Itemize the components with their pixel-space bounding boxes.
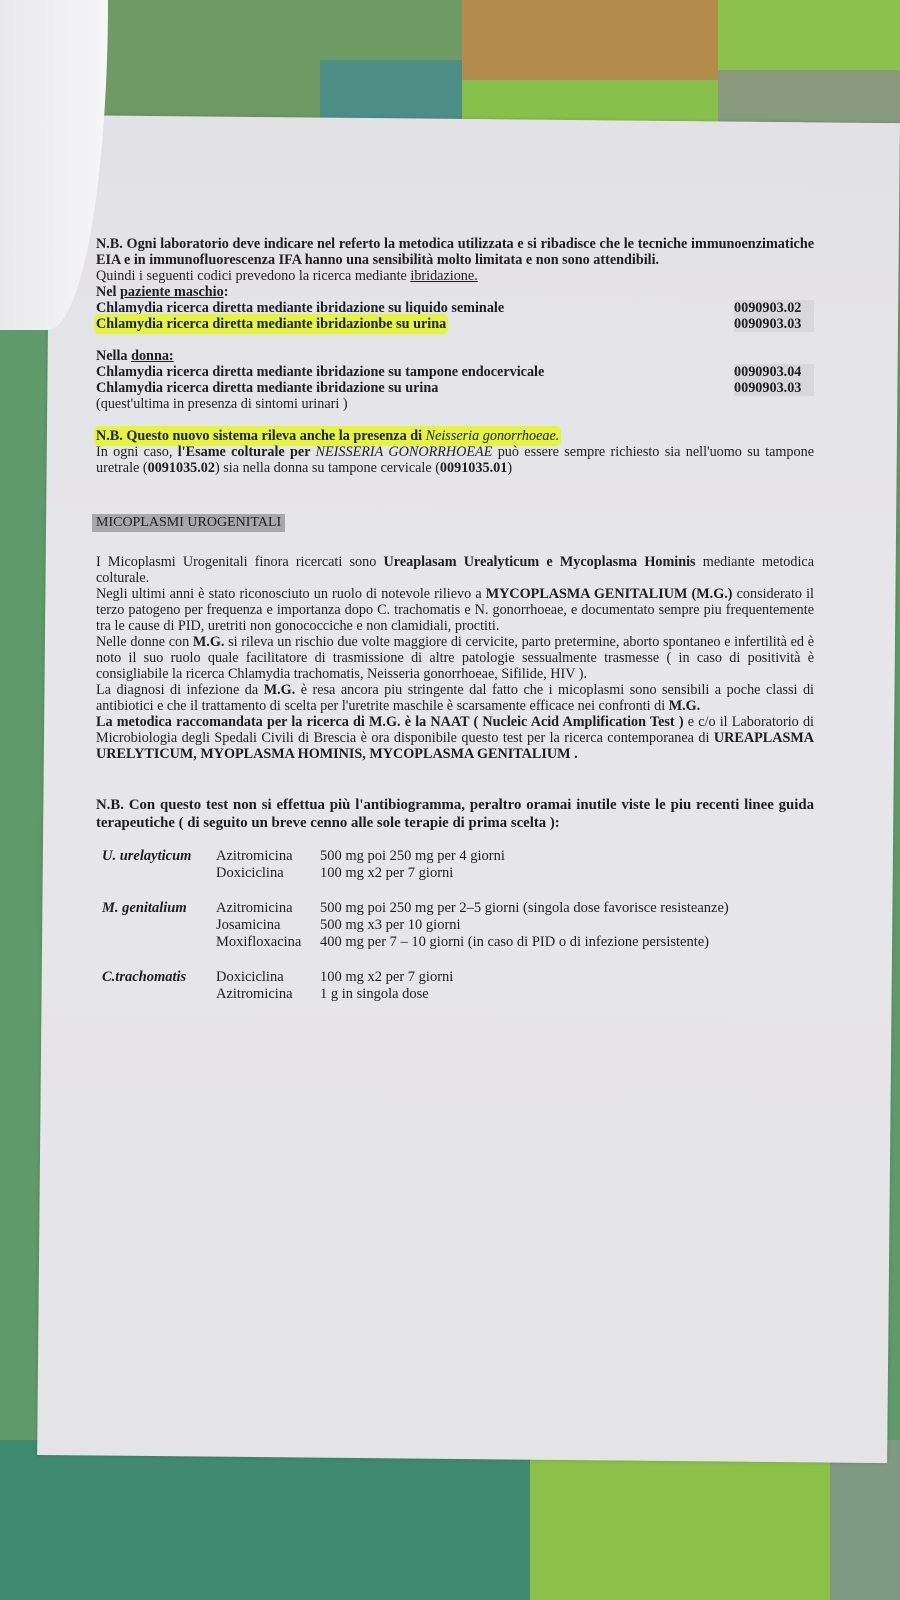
- code-badge: 0090903.03: [734, 316, 814, 332]
- neisseria-paragraph: In ogni caso, l'Esame colturale per NEIS…: [96, 444, 814, 476]
- drug-name: Doxiciclina: [216, 865, 320, 882]
- therapy-group: C.trachomatisDoxiciclina100 mg x2 per 7 …: [96, 969, 814, 1003]
- therapy-table: U. urelayticumAzitromicina500 mg poi 250…: [96, 848, 814, 1003]
- drug-dose: 500 mg x3 per 10 giorni: [320, 917, 814, 934]
- code-row-female-endocervical: Chlamydia ricerca diretta mediante ibrid…: [96, 364, 814, 380]
- organism-label: C.trachomatis: [96, 969, 216, 986]
- code-badge: 0090903.04: [734, 364, 814, 380]
- female-note: (quest'ultima in presenza di sintomi uri…: [96, 396, 814, 412]
- therapy-note: N.B. Con questo test non si effettua più…: [96, 796, 814, 832]
- fabric-background: [0, 1440, 530, 1600]
- code-badge: 0090903.02: [734, 300, 814, 316]
- drug-dose: 1 g in singola dose: [320, 986, 814, 1003]
- drug-name: Moxifloxacina: [216, 934, 320, 951]
- male-heading: Nel paziente maschio:: [96, 284, 814, 300]
- mycoplasma-paragraph-5: La metodica raccomandata per la ricerca …: [96, 714, 814, 762]
- drug-name: Doxiciclina: [216, 969, 320, 986]
- drug-dose: 100 mg x2 per 7 giorni: [320, 969, 814, 986]
- organism-label: [96, 917, 216, 934]
- fabric-background: [530, 1440, 830, 1600]
- neisseria-note: N.B. Questo nuovo sistema rileva anche l…: [96, 428, 814, 444]
- therapy-group: M. genitaliumAzitromicina500 mg poi 250 …: [96, 900, 814, 951]
- drug-name: Josamicina: [216, 917, 320, 934]
- organism-label: [96, 986, 216, 1003]
- drug-name: Azitromicina: [216, 848, 320, 865]
- drug-dose: 500 mg poi 250 mg per 4 giorni: [320, 848, 814, 865]
- intro-quindi: Quindi i seguenti codici prevedono la ri…: [96, 268, 814, 284]
- fabric-background: [462, 80, 720, 125]
- highlighted-text: Chlamydia ricerca diretta mediante ibrid…: [96, 316, 446, 332]
- organism-label: [96, 934, 216, 951]
- therapy-group: U. urelayticumAzitromicina500 mg poi 250…: [96, 848, 814, 882]
- drug-name: Azitromicina: [216, 986, 320, 1003]
- organism-label: M. genitalium: [96, 900, 216, 917]
- document-body: N.B. Ogni laboratorio deve indicare nel …: [96, 236, 814, 1003]
- mycoplasma-paragraph-4: La diagnosi di infezione da M.G. è resa …: [96, 682, 814, 714]
- code-row-female-urine: Chlamydia ricerca diretta mediante ibrid…: [96, 380, 814, 396]
- code-row-male-urine: Chlamydia ricerca diretta mediante ibrid…: [96, 316, 814, 332]
- code-row-male-seminal: Chlamydia ricerca diretta mediante ibrid…: [96, 300, 814, 316]
- mycoplasma-paragraph-3: Nelle donne con M.G. si rileva un rischi…: [96, 634, 814, 682]
- drug-dose: 100 mg x2 per 7 giorni: [320, 865, 814, 882]
- drug-dose: 500 mg poi 250 mg per 2–5 giorni (singol…: [320, 900, 814, 917]
- code-badge: 0090903.03: [734, 380, 814, 396]
- fabric-background: [830, 1440, 900, 1600]
- organism-label: [96, 865, 216, 882]
- female-heading: Nella donna:: [96, 348, 814, 364]
- organism-label: U. urelayticum: [96, 848, 216, 865]
- intro-note: N.B. Ogni laboratorio deve indicare nel …: [96, 236, 814, 268]
- fabric-background: [718, 70, 900, 125]
- mycoplasma-paragraph-1: I Micoplasmi Urogenitali finora ricercat…: [96, 554, 814, 586]
- mycoplasma-paragraph-2: Negli ultimi anni è stato riconosciuto u…: [96, 586, 814, 634]
- section-title: MICOPLASMI UROGENITALI: [92, 514, 285, 532]
- drug-name: Azitromicina: [216, 900, 320, 917]
- drug-dose: 400 mg per 7 – 10 giorni (in caso di PID…: [320, 934, 814, 951]
- fabric-background: [320, 60, 465, 125]
